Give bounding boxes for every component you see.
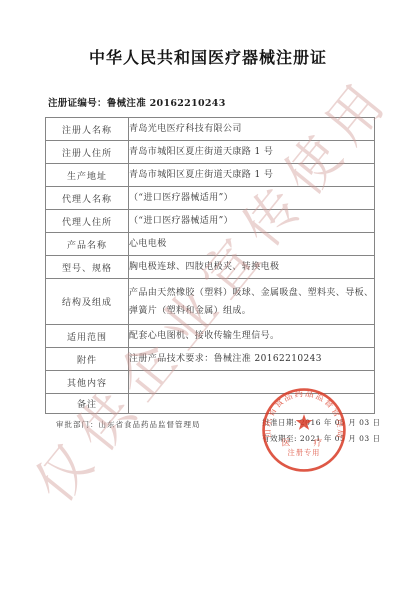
table-row-model-spec: 型号、规格 胸电极连球、四肢电极夹、转换电极 — [46, 256, 375, 279]
table-row-scope-of-application: 适用范围 配套心电图机、接收传输生理信号。 — [46, 325, 375, 348]
row-label: 代理人名称 — [46, 187, 129, 210]
page-title: 中华人民共和国医疗器械注册证 — [0, 45, 416, 68]
row-label: 其他内容 — [46, 371, 129, 394]
table-row-other-content: 其他内容 — [46, 371, 375, 394]
row-value: 青岛市城阳区夏庄街道天康路 1 号 — [129, 164, 375, 187]
table-row-registrant-address: 注册人住所 青岛市城阳区夏庄街道天康路 1 号 — [46, 141, 375, 164]
seal-center-line2: 注册专用 — [288, 448, 321, 457]
certificate-page: 仅供企业宣传使用 中华人民共和国医疗器械注册证 注册证编号：鲁械注准 20162… — [0, 0, 416, 600]
table-row-agent-address: 代理人住所 （“进口医疗器械适用”） — [46, 210, 375, 233]
approval-department: 审批部门：山东省食品药品监督管理局 — [56, 419, 201, 430]
row-label: 备注 — [46, 394, 129, 414]
row-value: 心电电极 — [129, 233, 375, 256]
certificate-table: 注册人名称 青岛光电医疗科技有限公司 注册人住所 青岛市城阳区夏庄街道天康路 1… — [45, 117, 375, 414]
valid-until-date: 有效期至: 2021 年 05 月 03 日 — [262, 433, 381, 444]
table-row-registrant-name: 注册人名称 青岛光电医疗科技有限公司 — [46, 118, 375, 141]
row-label: 注册人住所 — [46, 141, 129, 164]
row-value — [129, 394, 375, 414]
row-value: 青岛光电医疗科技有限公司 — [129, 118, 375, 141]
row-label: 附件 — [46, 348, 129, 371]
row-value: （“进口医疗器械适用”） — [129, 187, 375, 210]
row-value: 注册产品技术要求：鲁械注准 20162210243 — [129, 348, 375, 371]
row-label: 生产地址 — [46, 164, 129, 187]
table-row-remarks: 备注 — [46, 394, 375, 414]
table-row-product-name: 产品名称 心电电极 — [46, 233, 375, 256]
table-row-agent-name: 代理人名称 （“进口医疗器械适用”） — [46, 187, 375, 210]
row-value: 配套心电图机、接收传输生理信号。 — [129, 325, 375, 348]
row-label: 型号、规格 — [46, 256, 129, 279]
row-value — [129, 371, 375, 394]
row-label: 产品名称 — [46, 233, 129, 256]
row-label: 代理人住所 — [46, 210, 129, 233]
row-label: 适用范围 — [46, 325, 129, 348]
row-value: 胸电极连球、四肢电极夹、转换电极 — [129, 256, 375, 279]
approval-date: 批准日期: 2016 年 05 月 03 日 — [262, 417, 381, 428]
cert-number-label: 注册证编号： — [48, 98, 107, 109]
cert-number-value: 鲁械注准 20162210243 — [107, 98, 226, 109]
table-row-attachment: 附件 注册产品技术要求：鲁械注准 20162210243 — [46, 348, 375, 371]
row-label: 注册人名称 — [46, 118, 129, 141]
row-value: 青岛市城阳区夏庄街道天康路 1 号 — [129, 141, 375, 164]
row-value: 产品由天然橡胶（塑料）吸球、金属吸盘、塑料夹、导板、弹簧片（塑料和金属）组成。 — [129, 279, 375, 325]
row-value: （“进口医疗器械适用”） — [129, 210, 375, 233]
table-row-structure-composition: 结构及组成 产品由天然橡胶（塑料）吸球、金属吸盘、塑料夹、导板、弹簧片（塑料和金… — [46, 279, 375, 325]
cert-number-line: 注册证编号：鲁械注准 20162210243 — [48, 95, 226, 109]
table-row-production-address: 生产地址 青岛市城阳区夏庄街道天康路 1 号 — [46, 164, 375, 187]
row-label: 结构及组成 — [46, 279, 129, 325]
